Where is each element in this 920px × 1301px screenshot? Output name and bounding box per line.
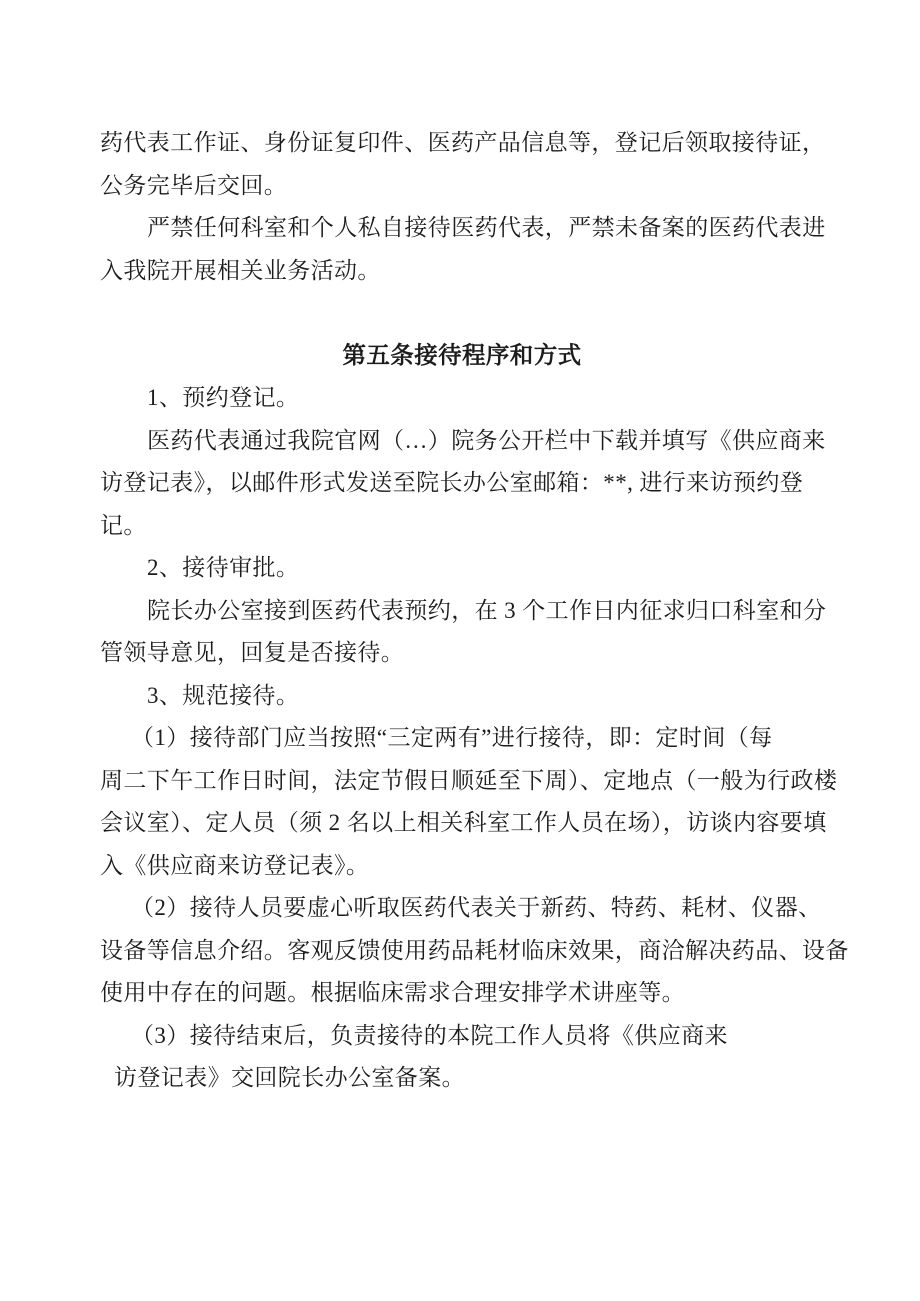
text-line: 入我院开展相关业务活动。 <box>100 250 824 293</box>
text-line: 公务完毕后交回。 <box>100 165 824 208</box>
text-line: 入《供应商来访登记表》。 <box>100 845 824 888</box>
blank-line <box>100 292 824 335</box>
document-page: 药代表工作证、身份证复印件、医药产品信息等，登记后领取接待证， 公务完毕后交回。… <box>0 0 920 1301</box>
text-line: 会议室）、定人员（须 2 名以上相关科室工作人员在场），访谈内容要填 <box>100 802 824 845</box>
text-line: 访登记表》交回院长办公室备案。 <box>114 1057 824 1100</box>
text-line: 记。 <box>100 505 824 548</box>
text-line: （1）接待部门应当按照“三定两有”进行接待，即：定时间（每 <box>131 717 824 760</box>
text-line: 周二下午工作日时间，法定节假日顺延至下周）、定地点（一般为行政楼 <box>100 760 824 803</box>
text-line: （3）接待结束后，负责接待的本院工作人员将《供应商来 <box>131 1015 824 1058</box>
text-line: 管领导意见，回复是否接待。 <box>100 632 824 675</box>
text-line: 院长办公室接到医药代表预约，在 3 个工作日内征求归口科室和分 <box>147 590 824 633</box>
text-line: 严禁任何科室和个人私自接待医药代表，严禁未备案的医药代表进 <box>147 207 824 250</box>
text-line: 访登记表》，以邮件形式发送至院长办公室邮箱：**, 进行来访预约登 <box>100 462 824 505</box>
text-line: 使用中存在的问题。根据临床需求合理安排学术讲座等。 <box>100 972 824 1015</box>
text-line: （2）接待人员要虚心听取医药代表关于新药、特药、耗材、仪器、 <box>131 887 824 930</box>
text-line: 2、接待审批。 <box>147 547 824 590</box>
text-line: 3、规范接待。 <box>147 675 824 718</box>
text-line: 药代表工作证、身份证复印件、医药产品信息等，登记后领取接待证， <box>100 122 824 165</box>
text-line: 1、预约登记。 <box>147 377 824 420</box>
section-heading: 第五条接待程序和方式 <box>100 335 824 378</box>
text-line: 医药代表通过我院官网（…）院务公开栏中下载并填写《供应商来 <box>147 420 824 463</box>
text-line: 设备等信息介绍。客观反馈使用药品耗材临床效果，商洽解决药品、设备 <box>100 930 824 973</box>
